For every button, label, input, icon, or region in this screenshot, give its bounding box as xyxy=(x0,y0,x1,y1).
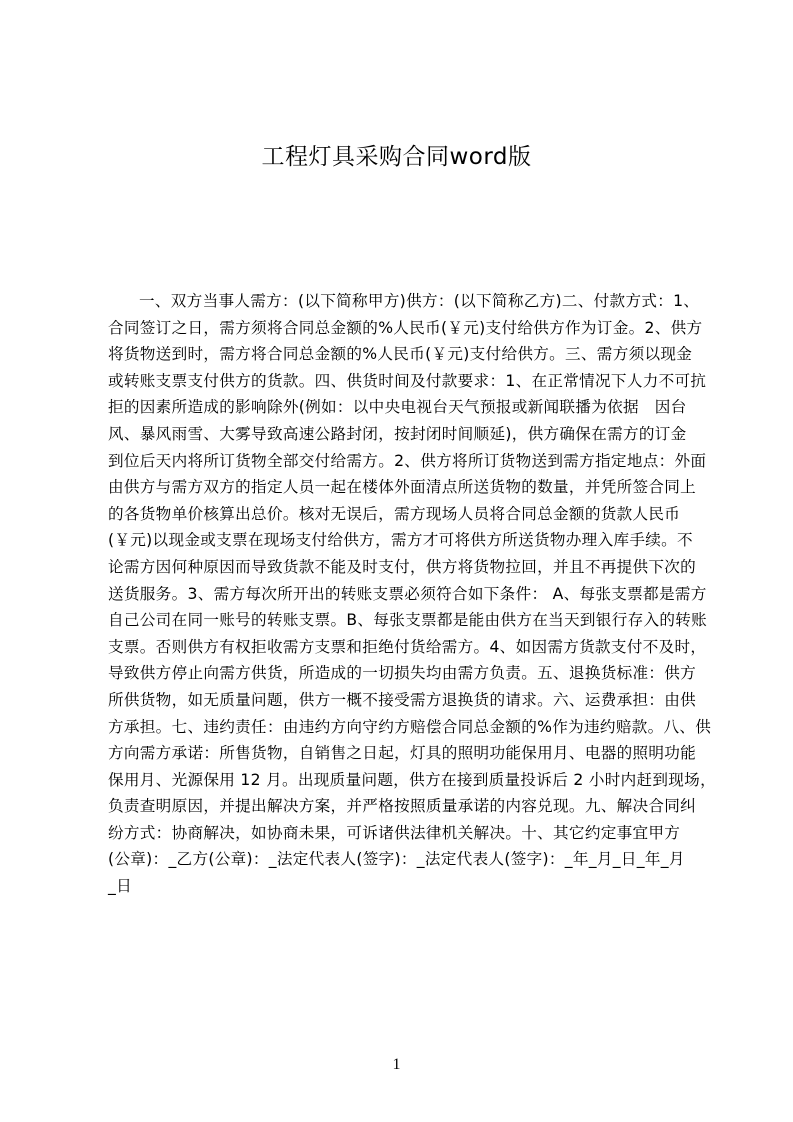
body-line: 方承担。七、违约责任：由违约方向守约方赔偿合同总金额的%作为违约赔款。八、供 xyxy=(108,714,793,741)
body-line: 风、暴风雨雪、大雾导致高速公路封闭，按封闭时间顺延)，供方确保在需方的订金 xyxy=(108,421,793,448)
body-line: 拒的因素所造成的影响除外(例如：以中央电视台天气预报或新闻联播为依据 因台 xyxy=(108,394,793,421)
body-line: _日 xyxy=(108,873,793,900)
contract-body: 一、双方当事人需方：(以下简称甲方)供方：(以下简称乙方)二、付款方式：1、 合… xyxy=(108,288,793,900)
body-line: 负责查明原因，并提出解决方案，并严格按照质量承诺的内容兑现。九、解决合同纠 xyxy=(108,793,793,820)
body-line: 由供方与需方双方的指定人员一起在楼体外面清点所送货物的数量，并凭所签合同上 xyxy=(108,474,793,501)
body-line: (公章)：_乙方(公章)：_法定代表人(签字)：_法定代表人(签字)：_年_月_… xyxy=(108,846,793,873)
body-line: 到位后天内将所订货物全部交付给需方。2、供方将所订货物送到需方指定地点：外面 xyxy=(108,448,793,475)
body-line: 自己公司在同一账号的转账支票。B、每张支票都是能由供方在当天到银行存入的转账 xyxy=(108,607,793,634)
body-line: 所供货物，如无质量问题，供方一概不接受需方退换货的请求。六、运费承担：由供 xyxy=(108,687,793,714)
body-line: (￥元)以现金或支票在现场支付给供方，需方才可将供方所送货物办理入库手续。不 xyxy=(108,527,793,554)
body-line: 方向需方承诺：所售货物，自销售之日起，灯具的照明功能保用月、电器的照明功能 xyxy=(108,740,793,767)
page-number: 1 xyxy=(0,1055,793,1075)
body-line: 保用月、光源保用 12 月。出现质量问题，供方在接到质量投诉后 2 小时内赶到现… xyxy=(108,767,793,794)
document-page: 工程灯具采购合同word版 一、双方当事人需方：(以下简称甲方)供方：(以下简称… xyxy=(0,0,793,1122)
body-line: 论需方因何种原因而导致货款不能及时支付，供方将货物拉回，并且不再提供下次的 xyxy=(108,554,793,581)
body-line: 纷方式：协商解决，如协商未果，可诉诸供法律机关解决。十、其它约定事宜甲方 xyxy=(108,820,793,847)
body-line: 将货物送到时，需方将合同总金额的%人民币(￥元)支付给供方。三、需方须以现金 xyxy=(108,341,793,368)
body-line: 或转账支票支付供方的货款。四、供货时间及付款要求：1、在正常情况下人力不可抗 xyxy=(108,368,793,395)
body-line: 一、双方当事人需方：(以下简称甲方)供方：(以下简称乙方)二、付款方式：1、 xyxy=(108,288,793,315)
body-line: 的各货物单价核算出总价。核对无误后，需方现场人员将合同总金额的货款人民币 xyxy=(108,501,793,528)
body-line: 合同签订之日，需方须将合同总金额的%人民币(￥元)支付给供方作为订金。2、供方 xyxy=(108,315,793,342)
body-line: 送货服务。3、需方每次所开出的转账支票必须符合如下条件： A、每张支票都是需方 xyxy=(108,581,793,608)
document-title: 工程灯具采购合同word版 xyxy=(0,140,793,174)
body-line: 支票。否则供方有权拒收需方支票和拒绝付货给需方。4、如因需方货款支付不及时， xyxy=(108,634,793,661)
body-line: 导致供方停止向需方供货，所造成的一切损失均由需方负责。五、退换货标准：供方 xyxy=(108,660,793,687)
